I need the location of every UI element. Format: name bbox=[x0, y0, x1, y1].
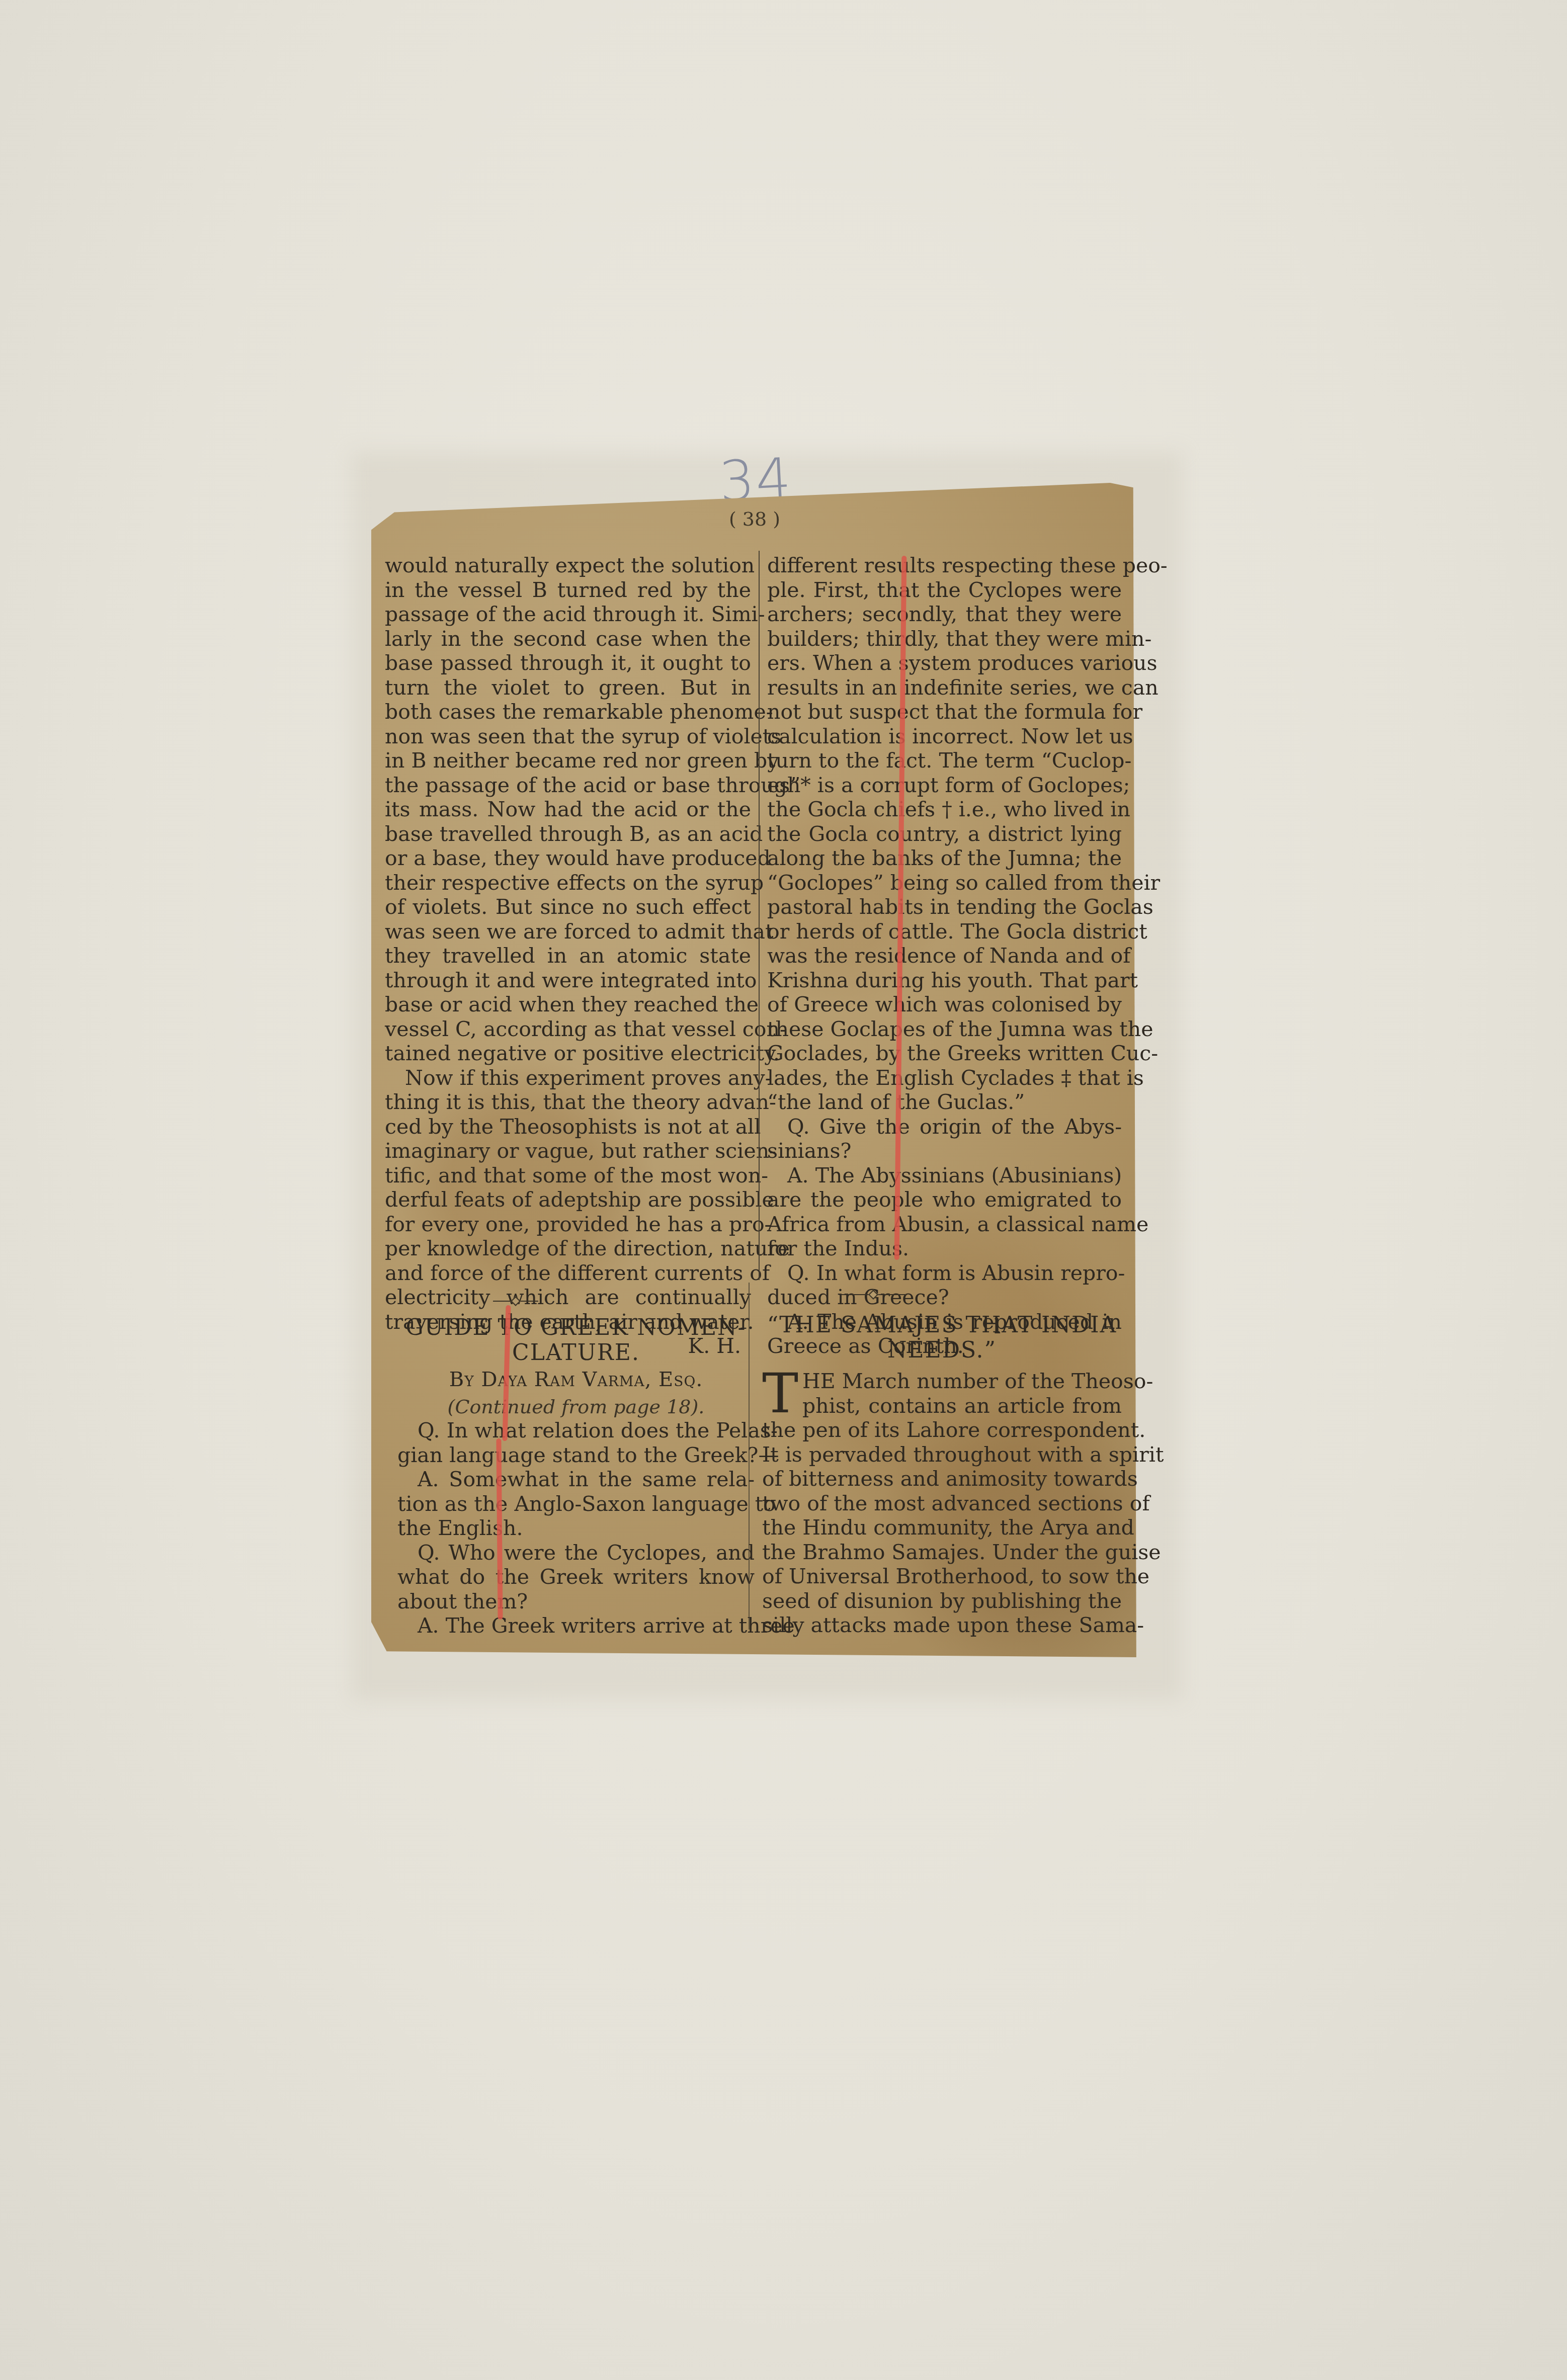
printed-page-number: ( 38 ) bbox=[704, 508, 805, 530]
text-line: HE March number of the Theoso- bbox=[762, 1369, 1122, 1394]
text-line: the Brahmo Samajes. Under the guise bbox=[762, 1540, 1122, 1565]
text-line: It is pervaded throughout with a spirit bbox=[762, 1442, 1122, 1467]
text-line: larly in the second case when the bbox=[385, 627, 751, 651]
question-line: Q. Who were the Cyclopes, and bbox=[397, 1541, 755, 1565]
text-line: electricity which are continually bbox=[385, 1285, 751, 1310]
text-line: base or acid when they reached the bbox=[385, 992, 751, 1017]
question-line: Q. Give the origin of the Abys- bbox=[767, 1115, 1122, 1139]
text-line: imaginary or vague, but rather scien- bbox=[385, 1139, 751, 1163]
text-line: in B neither became red nor green by bbox=[385, 748, 751, 773]
answer-line: tion as the Anglo-Saxon language to bbox=[397, 1492, 755, 1516]
text-line: the passage of the acid or base through bbox=[385, 773, 751, 798]
column-rule bbox=[759, 551, 760, 1280]
text-line: was seen we are forced to admit that bbox=[385, 919, 751, 944]
question-line: gian language stand to the Greek?— bbox=[397, 1443, 755, 1468]
article-column-left-top: would naturally expect the solution in t… bbox=[385, 553, 751, 1358]
text-line: silly attacks made upon these Sama- bbox=[762, 1613, 1122, 1638]
answer-line: A. The Greek writers arrive at three bbox=[397, 1613, 755, 1638]
text-line: and force of the different currents of bbox=[385, 1261, 751, 1286]
text-line: pastoral habits in tending the Goclas bbox=[767, 895, 1122, 919]
answer-line: the English. bbox=[397, 1516, 755, 1541]
text-line: the Gocla chiefs † i.e., who lived in bbox=[767, 797, 1122, 822]
question-line: duced in Greece? bbox=[767, 1285, 1122, 1310]
text-line: not but suspect that the formula for bbox=[767, 700, 1122, 724]
text-line: base travelled through B, as an acid bbox=[385, 822, 751, 846]
article-column-left-bottom: Q. In what relation does the Pelas- gian… bbox=[397, 1418, 755, 1638]
text-line: along the banks of the Jumna; the bbox=[767, 846, 1122, 871]
headline-samajes: “THE SAMAJES THAT INDIA NEEDS.” bbox=[762, 1313, 1122, 1363]
text-line: in the vessel B turned red by the bbox=[385, 578, 751, 603]
text-line: tained negative or positive electricity. bbox=[385, 1041, 751, 1066]
headline-line: GUIDE TO GREEK NOMEN- bbox=[397, 1315, 755, 1340]
text-line: derful feats of adeptship are possible bbox=[385, 1187, 751, 1212]
text-line: base passed through it, it ought to bbox=[385, 651, 751, 675]
text-line: or a base, they would have produced bbox=[385, 846, 751, 871]
text-line: seed of disunion by publishing the bbox=[762, 1589, 1122, 1613]
text-line: builders; thirdly, that they were min- bbox=[767, 627, 1122, 651]
continued-note: (Continued from page 18). bbox=[397, 1396, 755, 1418]
answer-line: A. Somewhat in the same rela- bbox=[397, 1467, 755, 1492]
text-line: of Greece which was colonised by bbox=[767, 992, 1122, 1017]
text-line: for every one, provided he has a pro- bbox=[385, 1212, 751, 1237]
text-line: of violets. But since no such effect bbox=[385, 895, 751, 919]
byline: By Daya Ram Varma, Esq. bbox=[397, 1368, 755, 1391]
text-line: calculation is incorrect. Now let us bbox=[767, 724, 1122, 749]
text-line: turn to the fact. The term “Cuclop- bbox=[767, 748, 1122, 773]
answer-line: A. The Abyssinians (Abusinians) bbox=[767, 1163, 1122, 1188]
answer-line: are the people who emigrated to bbox=[767, 1187, 1122, 1212]
text-line: two of the most advanced sections of bbox=[762, 1491, 1122, 1516]
text-line: ers. When a system produces various bbox=[767, 651, 1122, 675]
headline-line: NEEDS.” bbox=[762, 1338, 1122, 1363]
answer-line: for the Indus. bbox=[767, 1236, 1122, 1261]
text-line: they travelled in an atomic state bbox=[385, 944, 751, 968]
text-line: tific, and that some of the most won- bbox=[385, 1163, 751, 1188]
text-line: the Hindu community, the Arya and bbox=[762, 1515, 1122, 1540]
headline-line: “THE SAMAJES THAT INDIA bbox=[762, 1313, 1122, 1338]
text-line: or herds of cattle. The Gocla district bbox=[767, 919, 1122, 944]
question-line: what do the Greek writers know bbox=[397, 1565, 755, 1589]
text-line: its mass. Now had the acid or the bbox=[385, 797, 751, 822]
text-line: would naturally expect the solution bbox=[385, 553, 751, 578]
question-line: about them? bbox=[397, 1589, 755, 1614]
text-line: different results respecting these peo- bbox=[767, 553, 1122, 578]
text-line: Krishna during his youth. That part bbox=[767, 968, 1122, 993]
section-ornament bbox=[493, 1301, 538, 1302]
text-line: non was seen that the syrup of violets bbox=[385, 724, 751, 749]
text-line: ple. First, that the Cyclopes were bbox=[767, 578, 1122, 603]
answer-line: Africa from Abusin, a classical name bbox=[767, 1212, 1122, 1237]
text-line: these Goclapes of the Jumna was the bbox=[767, 1017, 1122, 1042]
text-line: was the residence of Nanda and of bbox=[767, 944, 1122, 968]
text-line: es”* is a corrupt form of Goclopes; bbox=[767, 773, 1122, 798]
text-line: thing it is this, that the theory advan- bbox=[385, 1090, 751, 1115]
article-column-right-top: different results respecting these peo- … bbox=[767, 553, 1122, 1358]
text-line: through it and were integrated into bbox=[385, 968, 751, 993]
drop-cap: T bbox=[762, 1371, 798, 1417]
text-line: vessel C, according as that vessel con- bbox=[385, 1017, 751, 1042]
text-line: per knowledge of the direction, nature bbox=[385, 1236, 751, 1261]
question-line: Q. In what relation does the Pelas- bbox=[397, 1418, 755, 1443]
section-ornament bbox=[839, 1294, 907, 1295]
text-line: “the land of the Guclas.” bbox=[767, 1090, 1122, 1115]
text-line: the Gocla country, a district lying bbox=[767, 822, 1122, 846]
text-line: archers; secondly, that they were bbox=[767, 602, 1122, 627]
text-line: the pen of its Lahore correspondent. bbox=[762, 1418, 1122, 1442]
article-column-right-bottom: T HE March number of the Theoso- phist, … bbox=[762, 1369, 1122, 1638]
text-line: passage of the acid through it. Simi- bbox=[385, 602, 751, 627]
text-line: “Goclopes” being so called from their bbox=[767, 871, 1122, 895]
text-line: ced by the Theosophists is not at all bbox=[385, 1115, 751, 1139]
text-line: of Universal Brotherhood, to sow the bbox=[762, 1564, 1122, 1589]
text-line: of bitterness and animosity towards bbox=[762, 1467, 1122, 1491]
headline-line: CLATURE. bbox=[397, 1340, 755, 1366]
text-line: Now if this experiment proves any- bbox=[385, 1066, 751, 1090]
text-line: turn the violet to green. But in bbox=[385, 675, 751, 700]
text-line: phist, contains an article from bbox=[762, 1394, 1122, 1418]
question-line: Q. In what form is Abusin repro- bbox=[767, 1261, 1122, 1286]
text-line: their respective effects on the syrup bbox=[385, 871, 751, 895]
text-line: lades, the English Cyclades ‡ that is bbox=[767, 1066, 1122, 1090]
question-line: sinians? bbox=[767, 1139, 1122, 1163]
text-line: results in an indefinite series, we can bbox=[767, 675, 1122, 700]
text-line: Goclades, by the Greeks written Cuc- bbox=[767, 1041, 1122, 1066]
text-line: both cases the remarkable phenome- bbox=[385, 700, 751, 724]
column-rule bbox=[749, 1283, 750, 1630]
headline-greek-nomenclature: GUIDE TO GREEK NOMEN- CLATURE. bbox=[397, 1315, 755, 1366]
